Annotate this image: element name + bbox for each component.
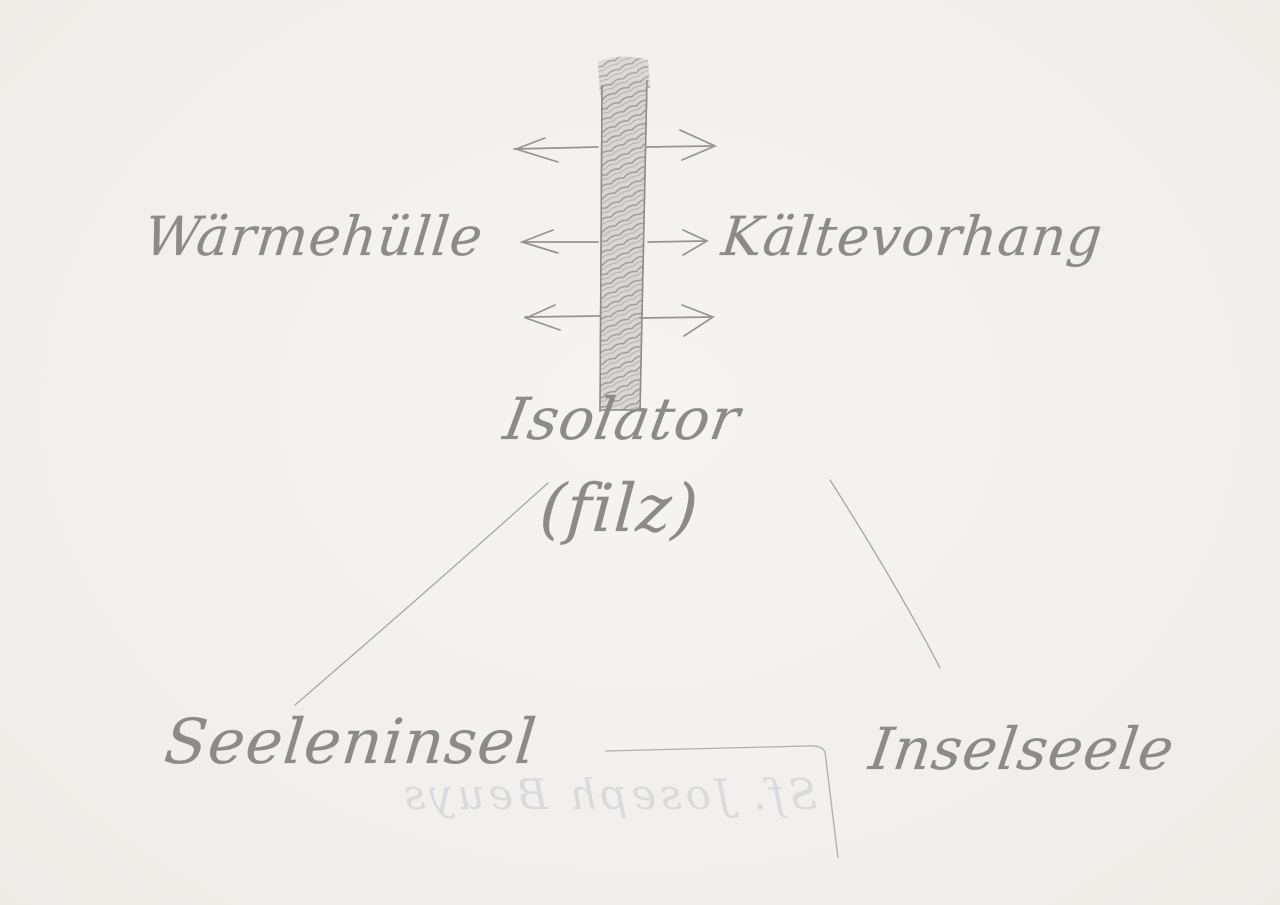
- label-filz: (filz): [537, 470, 701, 547]
- label-kaeltevorhang: Kältevorhang: [719, 205, 1106, 268]
- label-isolator: Isolator: [499, 385, 746, 453]
- felt-column: [598, 56, 650, 412]
- paper-sheet: Wärmehülle Kältevorhang Isolator (filz) …: [0, 0, 1280, 905]
- label-waermehuelle: Wärmehülle: [142, 205, 487, 268]
- label-inselseele: Inselseele: [865, 715, 1179, 783]
- label-seeleninsel: Seeleninsel: [161, 705, 540, 778]
- show-through-signature: Sf. Joseph Beuys: [400, 770, 817, 819]
